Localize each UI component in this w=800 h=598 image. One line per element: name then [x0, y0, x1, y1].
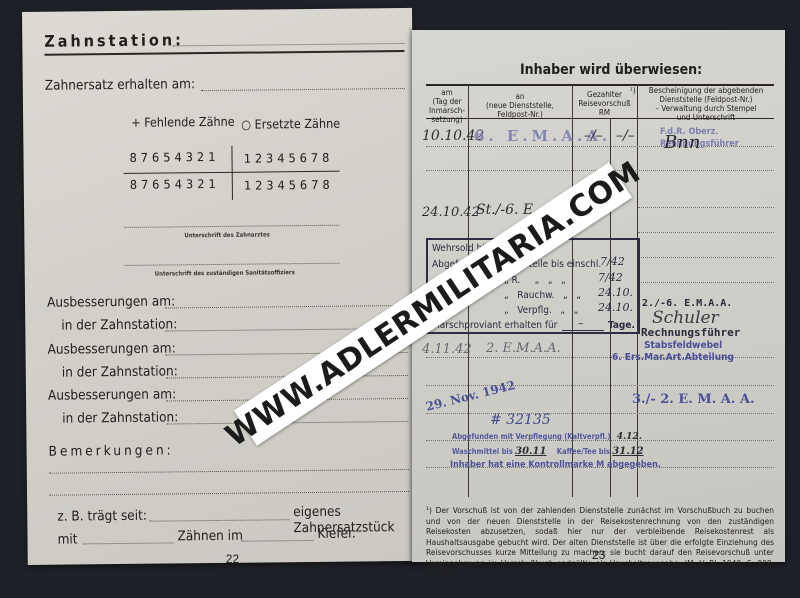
row3-destination: 2. E.M.A.A. [486, 341, 561, 356]
teeth-in-label: Zähnen im [177, 528, 243, 545]
repair-1-station-label: in der Zahnstation: [61, 316, 177, 333]
days-label: Tage. [608, 320, 635, 331]
row-rule-9 [426, 413, 774, 414]
repair-2-station-label: in der Zahnstation: [62, 363, 178, 380]
page-number-left: 22 [226, 552, 240, 566]
row3-date: 4.11.42 [422, 342, 472, 357]
staff-sergeant-stamp: Stabsfeldwebel [644, 340, 722, 351]
control-mark-stamp: Inhaber hat eine Kontrollmarke M abgegeb… [450, 460, 661, 470]
row-rule-6 [638, 282, 774, 283]
missing-teeth-label: Fehlende Zähne [144, 114, 235, 130]
remarks-label: Bemerkungen: [49, 442, 174, 459]
washing-stamp: Waschmittel bis 30.11 Kaffee/Tee bis 31.… [452, 446, 644, 457]
replaced-teeth-label: Ersetzte Zähne [255, 116, 341, 132]
tooth-row-upper-right: 12345678 [243, 151, 333, 166]
row1-rm: –/– [584, 128, 603, 144]
legend-replaced: ○ Ersetzte Zähne [241, 116, 340, 132]
teeth-count-field [84, 542, 174, 544]
r-value: 7/42 [598, 271, 623, 284]
medical-officer-signature-line [125, 263, 340, 266]
left-page: Zahnstation: Zahnersatz erhalten am: + F… [22, 8, 418, 565]
rations-value: 24.10. [598, 301, 633, 314]
repair-1-date-field [165, 305, 407, 309]
provisioning-stamp: Abgefunden mit Verpflegung (Kaltverpfl.)… [452, 432, 642, 442]
wears-since-label: z. B. trägt seit: [57, 508, 147, 525]
footnote-text: ¹) Der Vorschuß ist von der zahlenden Di… [426, 505, 774, 579]
remarks-line-2 [49, 491, 409, 496]
tobacco-value: 24.10. [598, 286, 633, 299]
tooth-row-upper-left: 87654321 [129, 150, 219, 165]
repair-1-date-label: Ausbesserungen am: [47, 293, 175, 310]
accountant-signature: Schuler [652, 308, 719, 328]
header-col-certification: Bescheinigung der abgebenden Dienststell… [638, 86, 774, 122]
march-provisions-label: Marschproviant erhalten für [432, 320, 557, 331]
page-number-right: 23 [592, 548, 605, 562]
with-label: mit [57, 531, 77, 547]
legend-missing: + Fehlende Zähne [131, 114, 235, 130]
dental-station-field [172, 43, 404, 46]
repair-3-date-label: Ausbesserungen am: [48, 386, 176, 403]
r-label: „ R. „ „ „ [504, 275, 566, 286]
march-provisions-value: – [578, 317, 584, 330]
denture-received-field [201, 88, 405, 91]
medical-officer-signature-label: Unterschrift des zuständigen Sanitätsoff… [155, 269, 295, 277]
repair-3-station-label: in der Zahnstation: [62, 409, 178, 426]
denture-received-label: Zahnersatz erhalten am: [45, 76, 195, 94]
row1-pf: –/– [616, 128, 635, 144]
header-col-date: am (Tag der Inmarsch- setzung) [426, 88, 468, 124]
circle-icon: ○ [241, 117, 251, 132]
header-col-advance: Gezahlter Reisevorschuß RM [572, 90, 637, 117]
jaw-field [242, 540, 314, 542]
repair-2-date-label: Ausbesserungen am: [47, 340, 175, 357]
accountant-stamp: Rechnungsführer [641, 326, 740, 339]
title-rule [44, 50, 404, 56]
unit-stamp-3-2: 3./- 2. E. M. A. A. [632, 392, 755, 407]
wears-since-field [149, 519, 289, 521]
row2-date: 24.10.42 [422, 205, 480, 220]
header-col-destination: an (neue Dienststelle, Feldpost-Nr.) [468, 92, 572, 119]
row1-signature: Bnn [664, 132, 700, 153]
dentist-signature-line [124, 225, 339, 228]
settled-until-value: 7/42 [600, 255, 625, 268]
jaw-label: Kiefer. [317, 526, 355, 542]
tooth-row-lower-right: 12345678 [244, 178, 334, 193]
dental-station-title: Zahnstation: [44, 30, 184, 50]
row-rule-5 [638, 257, 774, 258]
plus-icon: + [131, 115, 141, 130]
tooth-row-lower-left: 87654321 [130, 177, 220, 192]
tooth-chart: 87654321 12345678 87654321 12345678 [123, 147, 340, 203]
artillery-dept-stamp: 6. Ers.Mar.Art.Abteilung [612, 352, 734, 363]
date-stamp: 29. Nov. 1942 [424, 378, 516, 414]
tobacco-label: „ Rauchw. „ „ [504, 290, 581, 301]
march-provisions-field [562, 330, 604, 331]
row-rule-3 [638, 207, 774, 208]
row-rule-4 [638, 232, 774, 233]
number-stamp: # 32135 [490, 412, 551, 428]
remarks-line-1 [49, 469, 409, 474]
dentist-signature-label: Unterschrift des Zahnarztes [184, 231, 270, 239]
transfer-title: Inhaber wird überwiesen: [520, 62, 702, 78]
rations-label: „ Verpflg. „ „ [504, 305, 578, 316]
